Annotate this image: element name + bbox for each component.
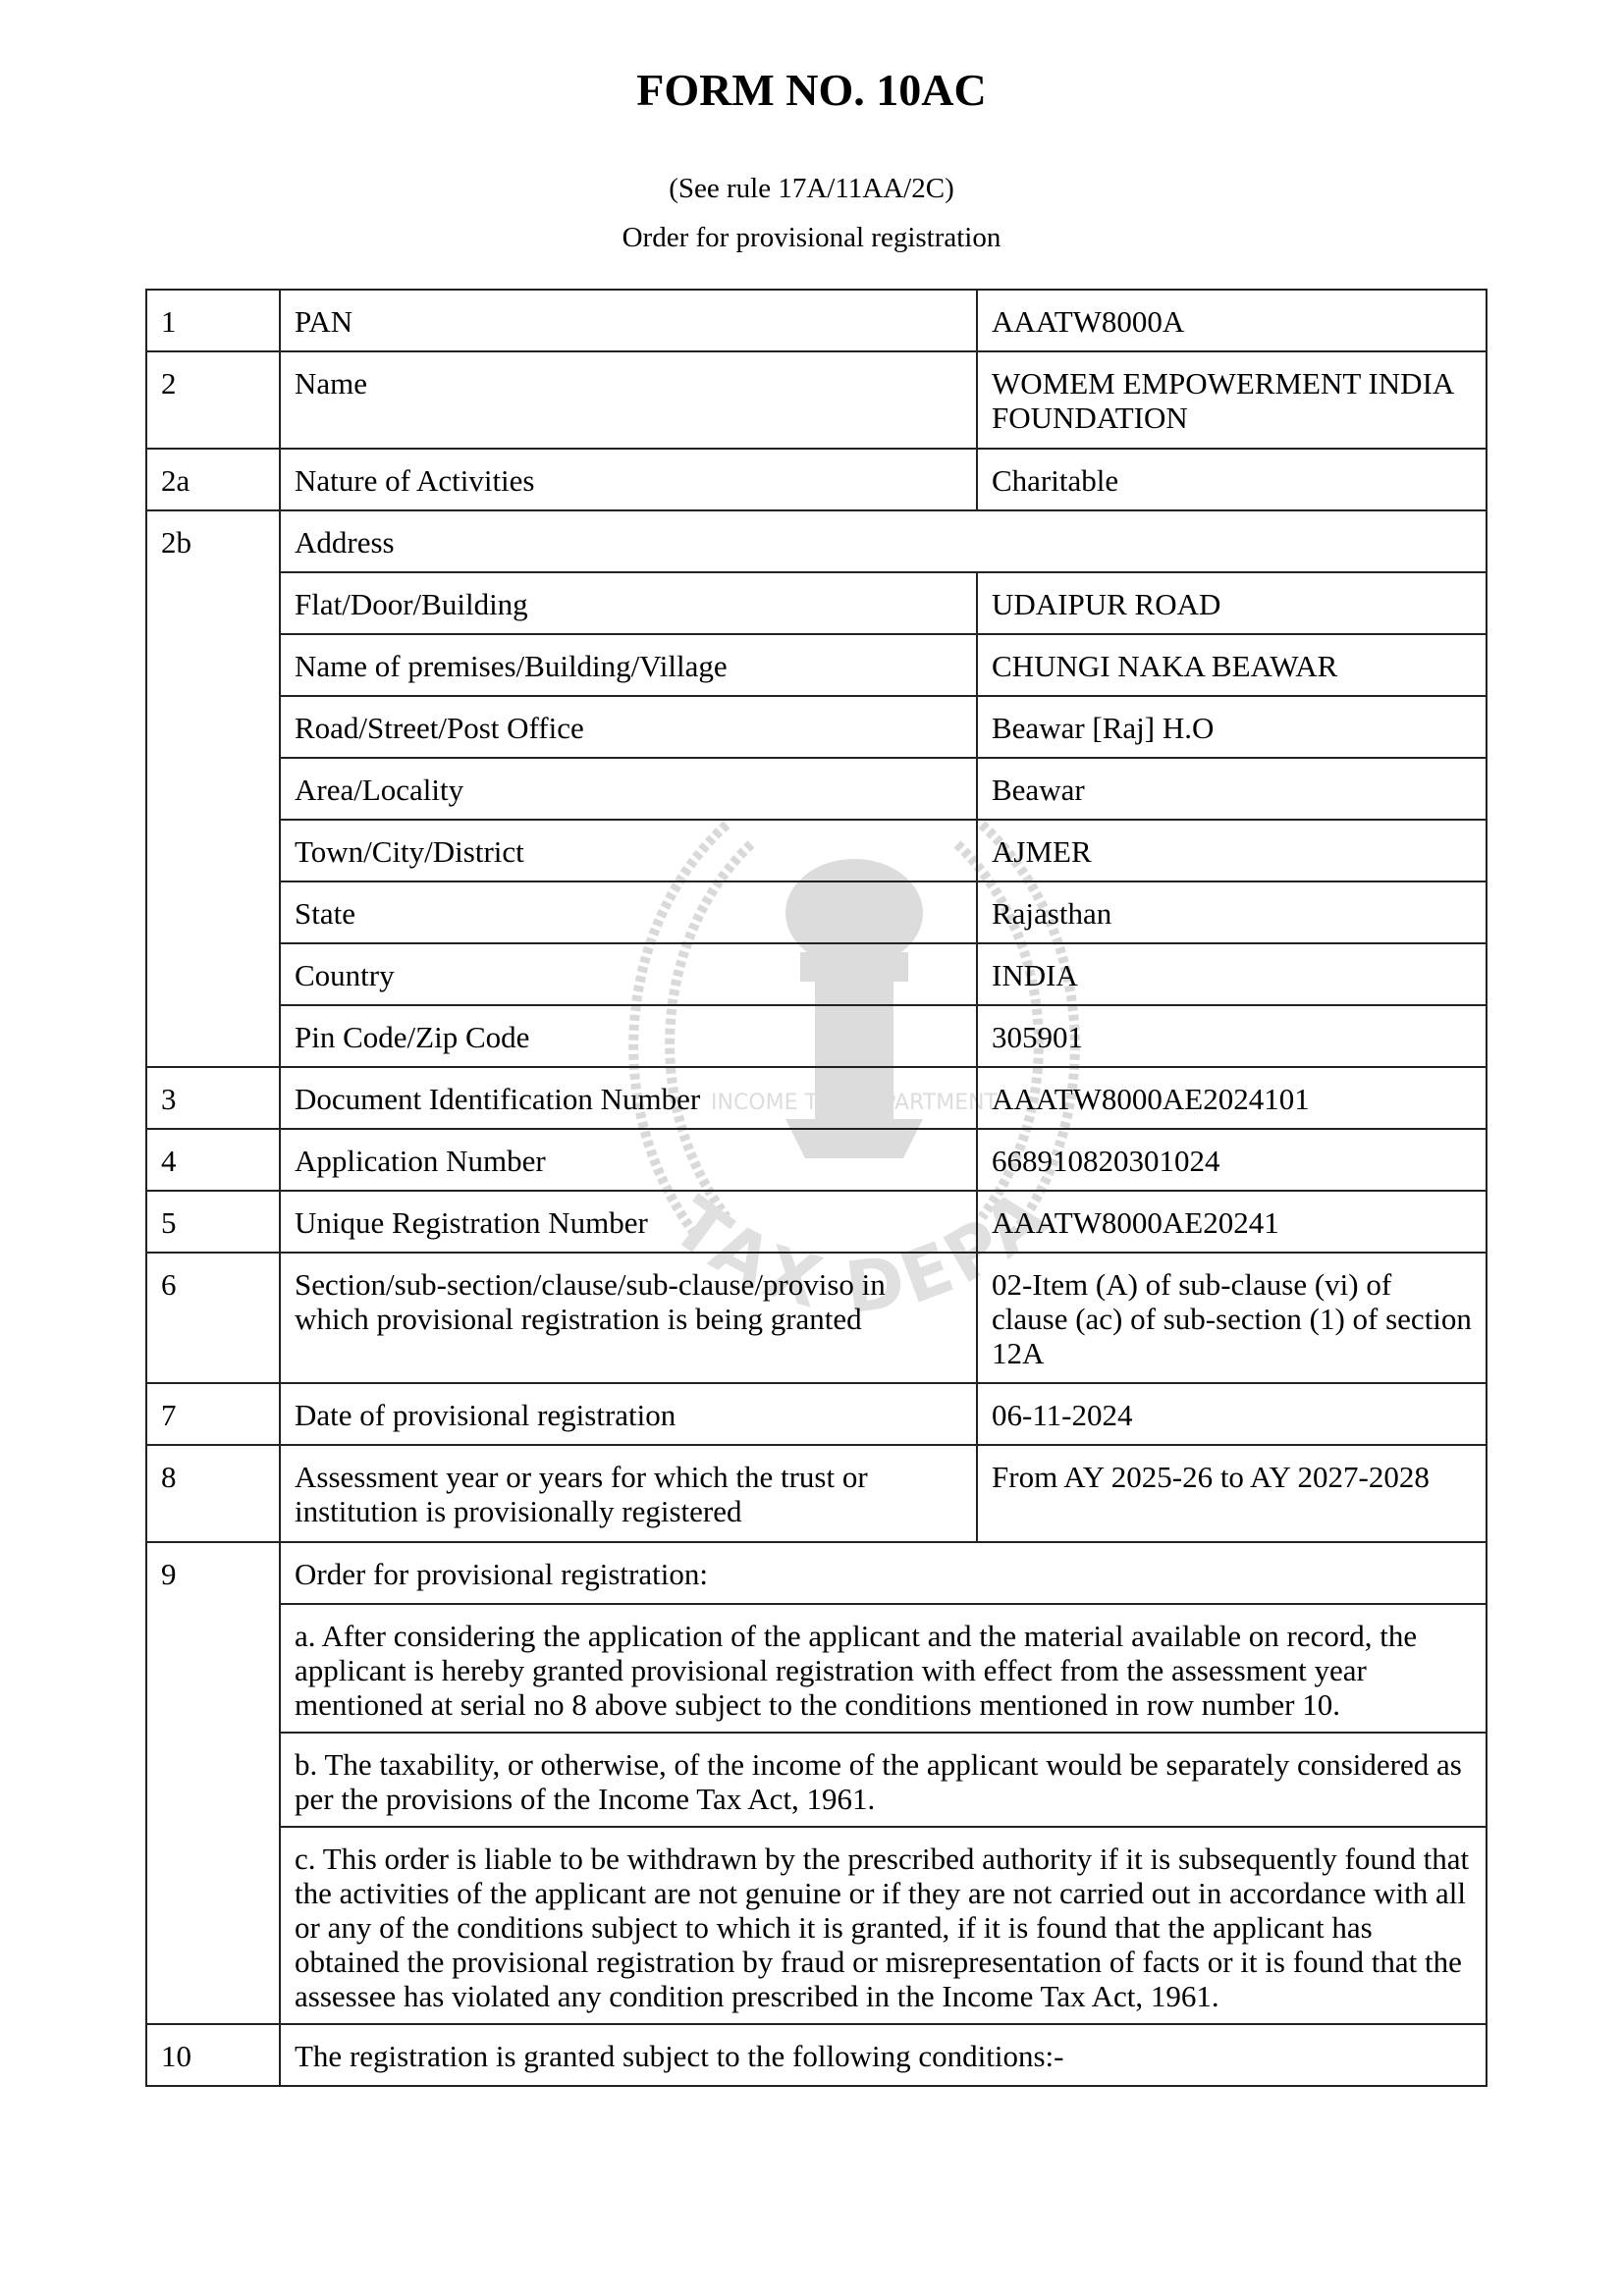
form-subtitle: Order for provisional registration: [0, 220, 1623, 255]
pan-value: AAATW8000A: [977, 290, 1487, 351]
address-field-label: Pin Code/Zip Code: [280, 1005, 977, 1067]
address-field-row: Road/Street/Post Office Beawar [Raj] H.O: [146, 696, 1487, 758]
row-label: Assessment year or years for which the t…: [280, 1445, 977, 1542]
registration-date-value: 06-11-2024: [977, 1383, 1487, 1445]
name-value: WOMEM EMPOWERMENT INDIA FOUNDATION: [977, 351, 1487, 449]
row-number: 6: [146, 1253, 280, 1383]
address-field-value: UDAIPUR ROAD: [977, 572, 1487, 634]
address-field-label: Road/Street/Post Office: [280, 696, 977, 758]
address-field-value: Beawar: [977, 758, 1487, 820]
row-label: Section/sub-section/clause/sub-clause/pr…: [280, 1253, 977, 1383]
assessment-years-value: From AY 2025-26 to AY 2027-2028: [977, 1445, 1487, 1542]
address-field-row: State Rajasthan: [146, 881, 1487, 943]
table-row-urn: 5 Unique Registration Number AAATW8000AE…: [146, 1191, 1487, 1253]
row-label: Application Number: [280, 1129, 977, 1191]
order-clause-c: c. This order is liable to be withdrawn …: [280, 1827, 1487, 2024]
address-field-value: 305901: [977, 1005, 1487, 1067]
table-row-section: 6 Section/sub-section/clause/sub-clause/…: [146, 1253, 1487, 1383]
table-row-assessment: 8 Assessment year or years for which the…: [146, 1445, 1487, 1542]
table-row-order: 9 Order for provisional registration:: [146, 1542, 1487, 1604]
registration-table: 1 PAN AAATW8000A 2 Name WOMEM EMPOWERMEN…: [145, 289, 1488, 2087]
address-field-row: Flat/Door/Building UDAIPUR ROAD: [146, 572, 1487, 634]
row-label: Name: [280, 351, 977, 449]
row-number: 4: [146, 1129, 280, 1191]
address-field-row: Pin Code/Zip Code 305901: [146, 1005, 1487, 1067]
row-number: 5: [146, 1191, 280, 1253]
row-number: 3: [146, 1067, 280, 1129]
table-row-pan: 1 PAN AAATW8000A: [146, 290, 1487, 351]
order-clause-a: a. After considering the application of …: [280, 1604, 1487, 1733]
row-label: The registration is granted subject to t…: [280, 2024, 1487, 2086]
form-title: FORM NO. 10AC: [0, 61, 1623, 120]
address-field-label: Town/City/District: [280, 820, 977, 881]
row-label: Nature of Activities: [280, 449, 977, 510]
table-row-nature: 2a Nature of Activities Charitable: [146, 449, 1487, 510]
table-row-din: 3 Document Identification Number AAATW80…: [146, 1067, 1487, 1129]
address-field-label: State: [280, 881, 977, 943]
address-field-row: Area/Locality Beawar: [146, 758, 1487, 820]
address-field-label: Country: [280, 943, 977, 1005]
row-label: Address: [280, 510, 1487, 572]
row-number: 10: [146, 2024, 280, 2086]
row-number: 2b: [146, 510, 280, 1067]
row-number: 9: [146, 1542, 280, 2024]
section-value: 02-Item (A) of sub-clause (vi) of clause…: [977, 1253, 1487, 1383]
address-field-value: CHUNGI NAKA BEAWAR: [977, 634, 1487, 696]
address-field-value: Rajasthan: [977, 881, 1487, 943]
nature-value: Charitable: [977, 449, 1487, 510]
order-clause-b: b. The taxability, or otherwise, of the …: [280, 1733, 1487, 1827]
row-number: 1: [146, 290, 280, 351]
urn-value: AAATW8000AE20241: [977, 1191, 1487, 1253]
table-row-address: 2b Address: [146, 510, 1487, 572]
address-field-label: Area/Locality: [280, 758, 977, 820]
row-label: PAN: [280, 290, 977, 351]
din-value: AAATW8000AE2024101: [977, 1067, 1487, 1129]
address-field-value: AJMER: [977, 820, 1487, 881]
order-clause-row: b. The taxability, or otherwise, of the …: [146, 1733, 1487, 1827]
table-row-name: 2 Name WOMEM EMPOWERMENT INDIA FOUNDATIO…: [146, 351, 1487, 449]
address-field-row: Town/City/District AJMER: [146, 820, 1487, 881]
application-number-value: 668910820301024: [977, 1129, 1487, 1191]
row-label: Date of provisional registration: [280, 1383, 977, 1445]
address-field-value: INDIA: [977, 943, 1487, 1005]
row-number: 2a: [146, 449, 280, 510]
address-field-row: Name of premises/Building/Village CHUNGI…: [146, 634, 1487, 696]
address-field-value: Beawar [Raj] H.O: [977, 696, 1487, 758]
order-clause-row: a. After considering the application of …: [146, 1604, 1487, 1733]
address-field-row: Country INDIA: [146, 943, 1487, 1005]
table-row-conditions: 10 The registration is granted subject t…: [146, 2024, 1487, 2086]
row-number: 2: [146, 351, 280, 449]
table-row-date: 7 Date of provisional registration 06-11…: [146, 1383, 1487, 1445]
row-label: Order for provisional registration:: [280, 1542, 1487, 1604]
order-clause-row: c. This order is liable to be withdrawn …: [146, 1827, 1487, 2024]
row-number: 7: [146, 1383, 280, 1445]
row-label: Unique Registration Number: [280, 1191, 977, 1253]
address-field-label: Name of premises/Building/Village: [280, 634, 977, 696]
form-rule-reference: (See rule 17A/11AA/2C): [0, 171, 1623, 206]
row-label: Document Identification Number: [280, 1067, 977, 1129]
row-number: 8: [146, 1445, 280, 1542]
table-row-application: 4 Application Number 668910820301024: [146, 1129, 1487, 1191]
address-field-label: Flat/Door/Building: [280, 572, 977, 634]
